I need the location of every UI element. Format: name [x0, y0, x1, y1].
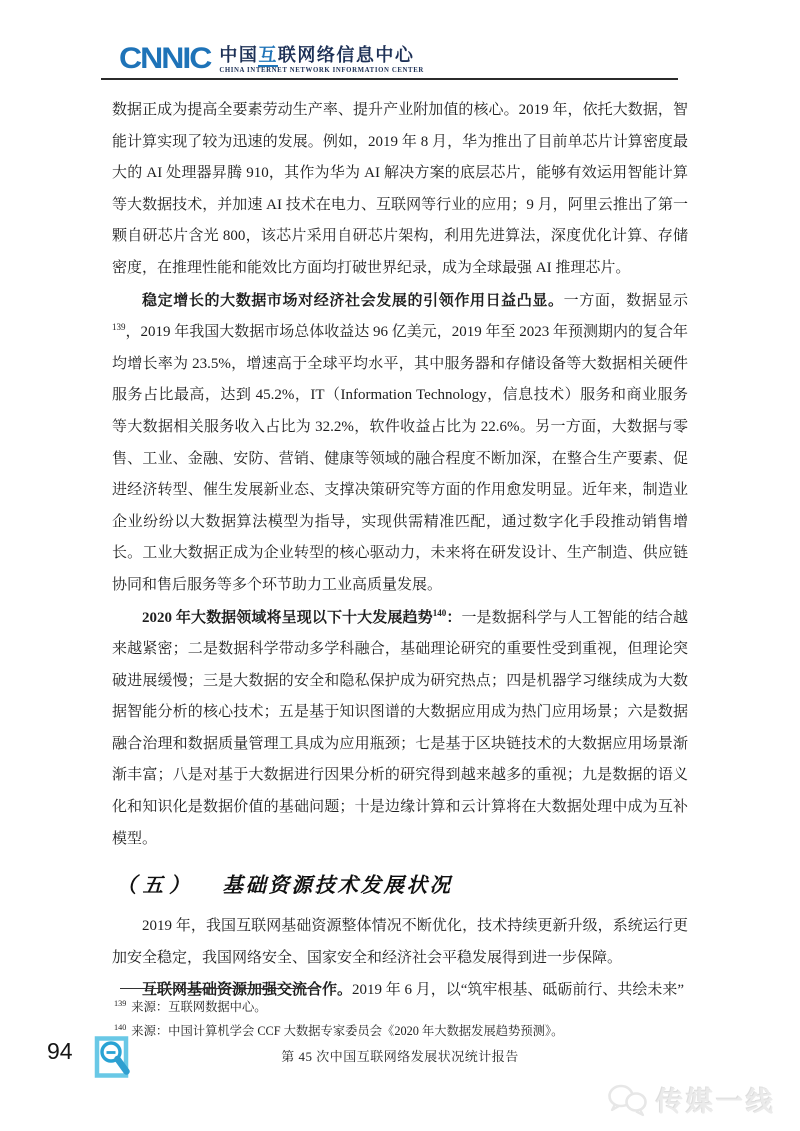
footnote-ref: 140 — [433, 608, 447, 618]
cnnic-logo: CNNIC — [119, 43, 210, 72]
text-run: 一是数据科学与人工智能的结合越来越紧密；二是数据科学带动多学科融合，基础理论研究… — [112, 610, 688, 847]
section-heading: （五）基础资源技术发展状况 — [116, 872, 688, 900]
footnote-text: 来源：中国计算机学会 CCF 大数据专家委员会《2020 年大数据发展趋势预测》… — [131, 1024, 563, 1038]
org-name-block: 中国互联网络信息中心 CHINA INTERNET NETWORK INFORM… — [219, 42, 424, 76]
footnote-ref: 139 — [112, 322, 126, 332]
watermark-text: 传媒一线 — [656, 1080, 776, 1119]
footer-report-title: 第 45 次中国互联网络发展状况统计报告 — [112, 1046, 688, 1065]
header-divider — [101, 78, 678, 80]
org-name-prefix: 中国 — [219, 45, 258, 65]
paragraph: 2020 年大数据领域将呈现以下十大发展趋势140：一是数据科学与人工智能的结合… — [112, 603, 688, 856]
heading-number: （五） — [116, 875, 196, 897]
document-body: 数据正成为提高全要素劳动生产率、提升产业附加值的核心。2019 年，依托大数据，… — [112, 95, 688, 1008]
text-run: ，2019 年我国大数据市场总体收益达 96 亿美元，2019 年至 2023 … — [112, 324, 688, 593]
footnotes: 139来源：互联网数据中心。 140来源：中国计算机学会 CCF 大数据专家委员… — [114, 994, 694, 1041]
text-run: 一方面，数据显示 — [564, 293, 688, 309]
page-number: 94 — [47, 1038, 73, 1065]
paragraph: 数据正成为提高全要素劳动生产率、提升产业附加值的核心。2019 年，依托大数据，… — [112, 95, 688, 285]
footnote-divider — [120, 988, 318, 989]
text-run: 2019 年，我国互联网基础资源整体情况不断优化，技术持续更新升级，系统运行更加… — [112, 918, 688, 966]
text-run: 数据正成为提高全要素劳动生产率、提升产业附加值的核心。2019 年，依托大数据，… — [112, 102, 688, 276]
paragraph: 2019 年，我国互联网基础资源整体情况不断优化，技术持续更新升级，系统运行更加… — [112, 911, 688, 974]
footnote: 140来源：中国计算机学会 CCF 大数据专家委员会《2020 年大数据发展趋势… — [114, 1018, 694, 1042]
org-name-hu-glyph: 互 — [258, 45, 278, 67]
paragraph: 稳定增长的大数据市场对经济社会发展的引领作用日益凸显。一方面，数据显示139，2… — [112, 286, 688, 602]
org-name-suffix: 联网络信息中心 — [278, 45, 415, 65]
footnote: 139来源：互联网数据中心。 — [114, 994, 694, 1018]
org-name-en: CHINA INTERNET NETWORK INFORMATION CENTE… — [219, 66, 424, 76]
org-name-cn: 中国互联网络信息中心 — [219, 45, 424, 66]
footnote-number: 139 — [114, 999, 126, 1008]
text-run: 2020 年大数据领域将呈现以下十大发展趋势 — [142, 610, 433, 626]
watermark: 传媒一线 — [607, 1080, 776, 1119]
wechat-bubbles-icon — [607, 1083, 649, 1117]
cnnic-header: CNNIC 中国互联网络信息中心 CHINA INTERNET NETWORK … — [119, 42, 424, 76]
text-run: 稳定增长的大数据市场对经济社会发展的引领作用日益凸显。 — [142, 293, 564, 309]
text-run: ： — [446, 610, 461, 626]
footnote-number: 140 — [114, 1023, 126, 1032]
report-page: CNNIC 中国互联网络信息中心 CHINA INTERNET NETWORK … — [0, 0, 800, 1131]
heading-title: 基础资源技术发展状况 — [223, 875, 453, 897]
footnote-text: 来源：互联网数据中心。 — [131, 1000, 266, 1014]
